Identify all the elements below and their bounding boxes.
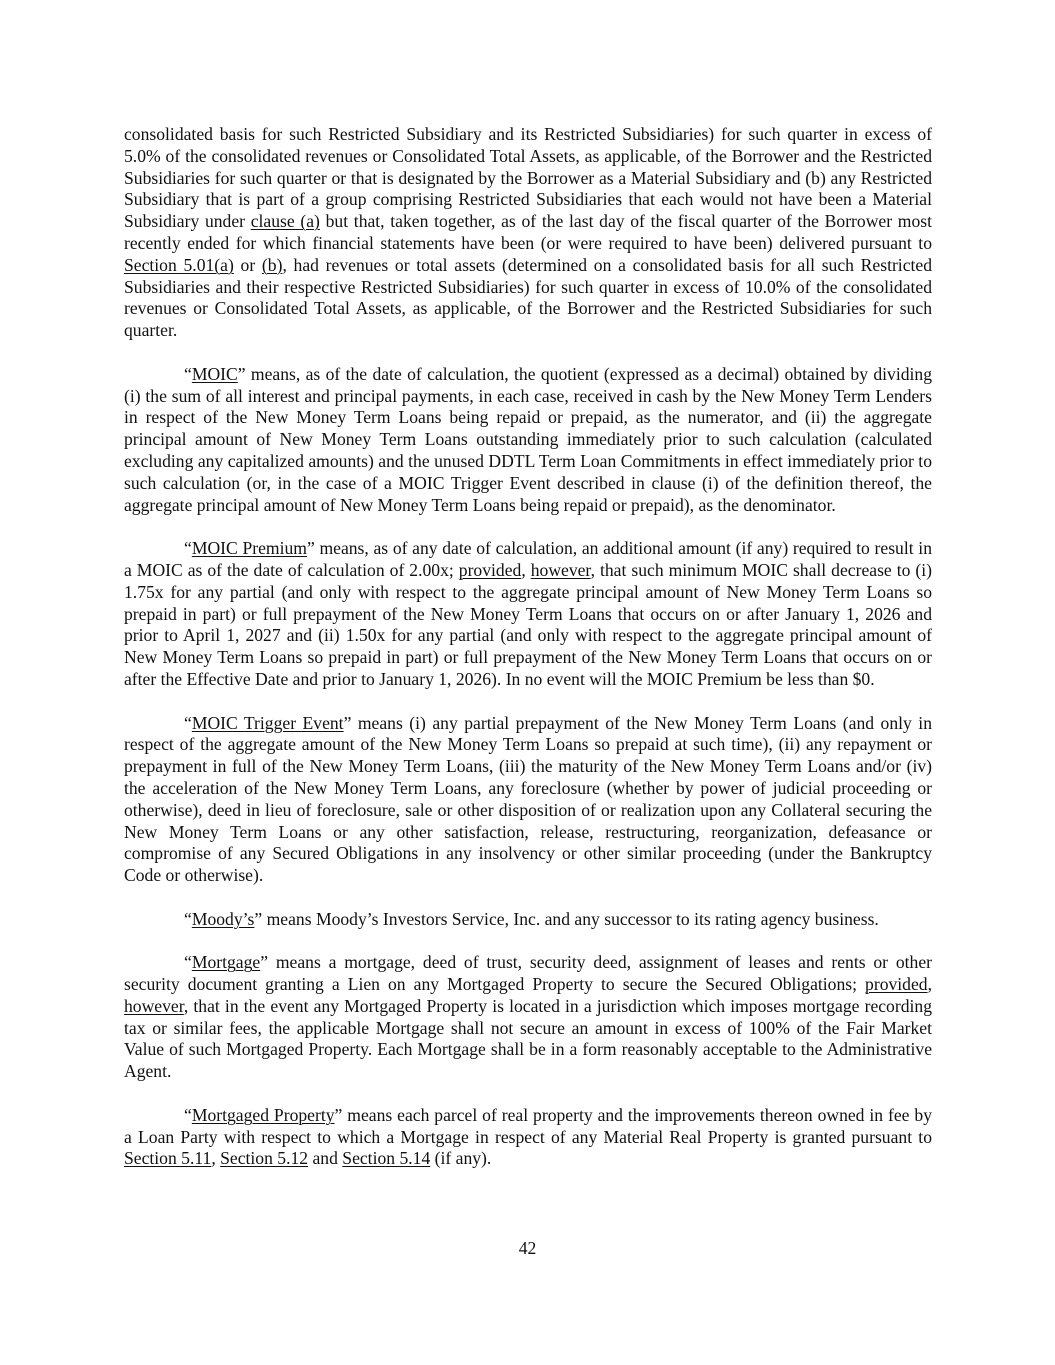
paragraph-material-subsidiary-continued: consolidated basis for such Restricted S… [124, 124, 932, 342]
definition-moic: “MOIC” means, as of the date of calculat… [124, 364, 932, 517]
defined-term-moic-trigger-event: MOIC Trigger Event [192, 713, 344, 733]
defined-term-moodys: Moody’s [192, 909, 255, 929]
defined-term-mortgaged-property: Mortgaged Property [192, 1105, 335, 1125]
cross-reference-section-5-14: Section 5.14 [342, 1148, 430, 1168]
emphasis-however: however [531, 560, 591, 580]
defined-term-moic: MOIC [192, 364, 238, 384]
page-number: 42 [0, 1238, 1055, 1259]
definition-moic-premium: “MOIC Premium” means, as of any date of … [124, 538, 932, 691]
defined-term-mortgage: Mortgage [192, 952, 260, 972]
definition-mortgage: “Mortgage” means a mortgage, deed of tru… [124, 952, 932, 1083]
emphasis-provided: provided [459, 560, 522, 580]
cross-reference-clause-a: clause (a) [251, 211, 320, 231]
cross-reference-section-5-12: Section 5.12 [220, 1148, 308, 1168]
emphasis-provided: provided [865, 974, 928, 994]
cross-reference-section-5-01a: Section 5.01(a) [124, 255, 234, 275]
defined-term-moic-premium: MOIC Premium [192, 538, 307, 558]
cross-reference-b: (b) [262, 255, 283, 275]
definition-mortgaged-property: “Mortgaged Property” means each parcel o… [124, 1105, 932, 1170]
definition-moic-trigger-event: “MOIC Trigger Event” means (i) any parti… [124, 713, 932, 887]
definition-moodys: “Moody’s” means Moody’s Investors Servic… [124, 909, 932, 931]
document-page: consolidated basis for such Restricted S… [124, 124, 932, 1192]
emphasis-however: however [124, 996, 184, 1016]
cross-reference-section-5-11: Section 5.11 [124, 1148, 211, 1168]
